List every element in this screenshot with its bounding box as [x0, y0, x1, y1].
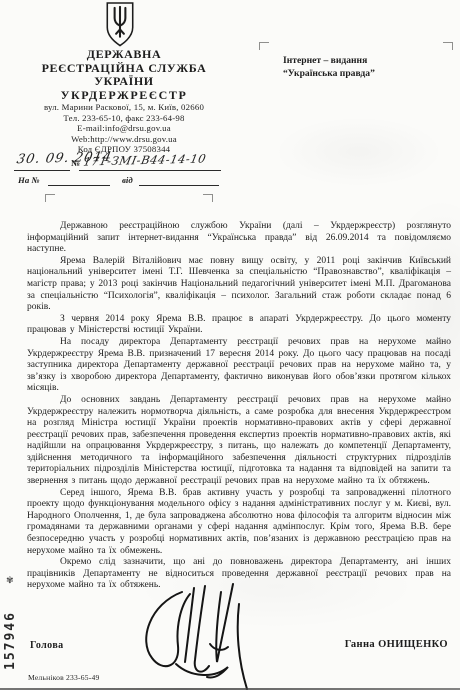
org-name-line: РЕЄСТРАЦІЙНА СЛУЖБА	[4, 62, 244, 76]
crop-mark-mid-right	[203, 194, 213, 202]
paragraph: Серед іншого, Ярема В.В. брав активну уч…	[27, 488, 451, 558]
signer-title: Голова	[30, 640, 64, 651]
reply-date-blank-line	[139, 185, 219, 186]
paragraph: На посаду директора Департаменту реєстра…	[27, 337, 451, 395]
reply-to-number-label: На №	[18, 175, 40, 185]
crop-mark-top-right	[443, 42, 453, 50]
signer-name: Ганна ОНИЩЕНКО	[345, 639, 448, 650]
reply-number-blank-line	[48, 185, 110, 186]
org-address: вул. Марини Раскової, 15, м. Київ, 02660	[4, 102, 244, 113]
paragraph: Державною реєстраційною службою України …	[27, 221, 451, 256]
addressee-line2: “Українська правда”	[283, 68, 443, 81]
date-underline	[14, 170, 70, 171]
paragraph: До основних завдань Департаменту реєстра…	[27, 395, 451, 488]
vertical-registration-number: 157946	[3, 592, 18, 670]
handwritten-signature	[122, 582, 292, 690]
flower-mark-icon: ✾	[6, 576, 14, 586]
trident-emblem-icon	[105, 2, 135, 47]
paragraph: Ярема Валерій Віталійович має повну вищу…	[27, 256, 451, 314]
crop-mark-mid-left	[45, 194, 55, 202]
org-name-line: УКРАЇНИ	[4, 75, 244, 89]
org-website: Web:http://www.drsu.gov.ua	[4, 134, 244, 145]
org-name-line: ДЕРЖАВНА	[4, 48, 244, 62]
executor-contact: Мельніков 233-65-49	[28, 673, 99, 682]
scanned-letter-page: ДЕРЖАВНА РЕЄСТРАЦІЙНА СЛУЖБА УКРАЇНИ УКР…	[0, 0, 460, 690]
org-phone: Тел. 233-65-10, факс 233-64-98	[4, 113, 244, 124]
org-email: E-mail:info@drsu.gov.ua	[4, 123, 244, 134]
number-underline	[79, 170, 221, 171]
letter-body: Державною реєстраційною службою України …	[27, 221, 451, 592]
letterhead-org-block: ДЕРЖАВНА РЕЄСТРАЦІЙНА СЛУЖБА УКРАЇНИ УКР…	[4, 48, 244, 155]
addressee-block: Інтернет – видання “Українська правда”	[283, 55, 443, 80]
handwritten-outgoing-number: 171-ЗМІ-В44-14-10	[82, 151, 207, 168]
paragraph: З червня 2014 року Ярема В.В. працює в а…	[27, 314, 451, 337]
number-sign-label: №	[71, 158, 80, 168]
reply-from-label: від	[122, 175, 133, 185]
addressee-line1: Інтернет – видання	[283, 55, 443, 68]
org-short-name: УКРДЕРЖРЕЄСТР	[4, 89, 244, 103]
crop-mark-top-left	[259, 42, 269, 50]
